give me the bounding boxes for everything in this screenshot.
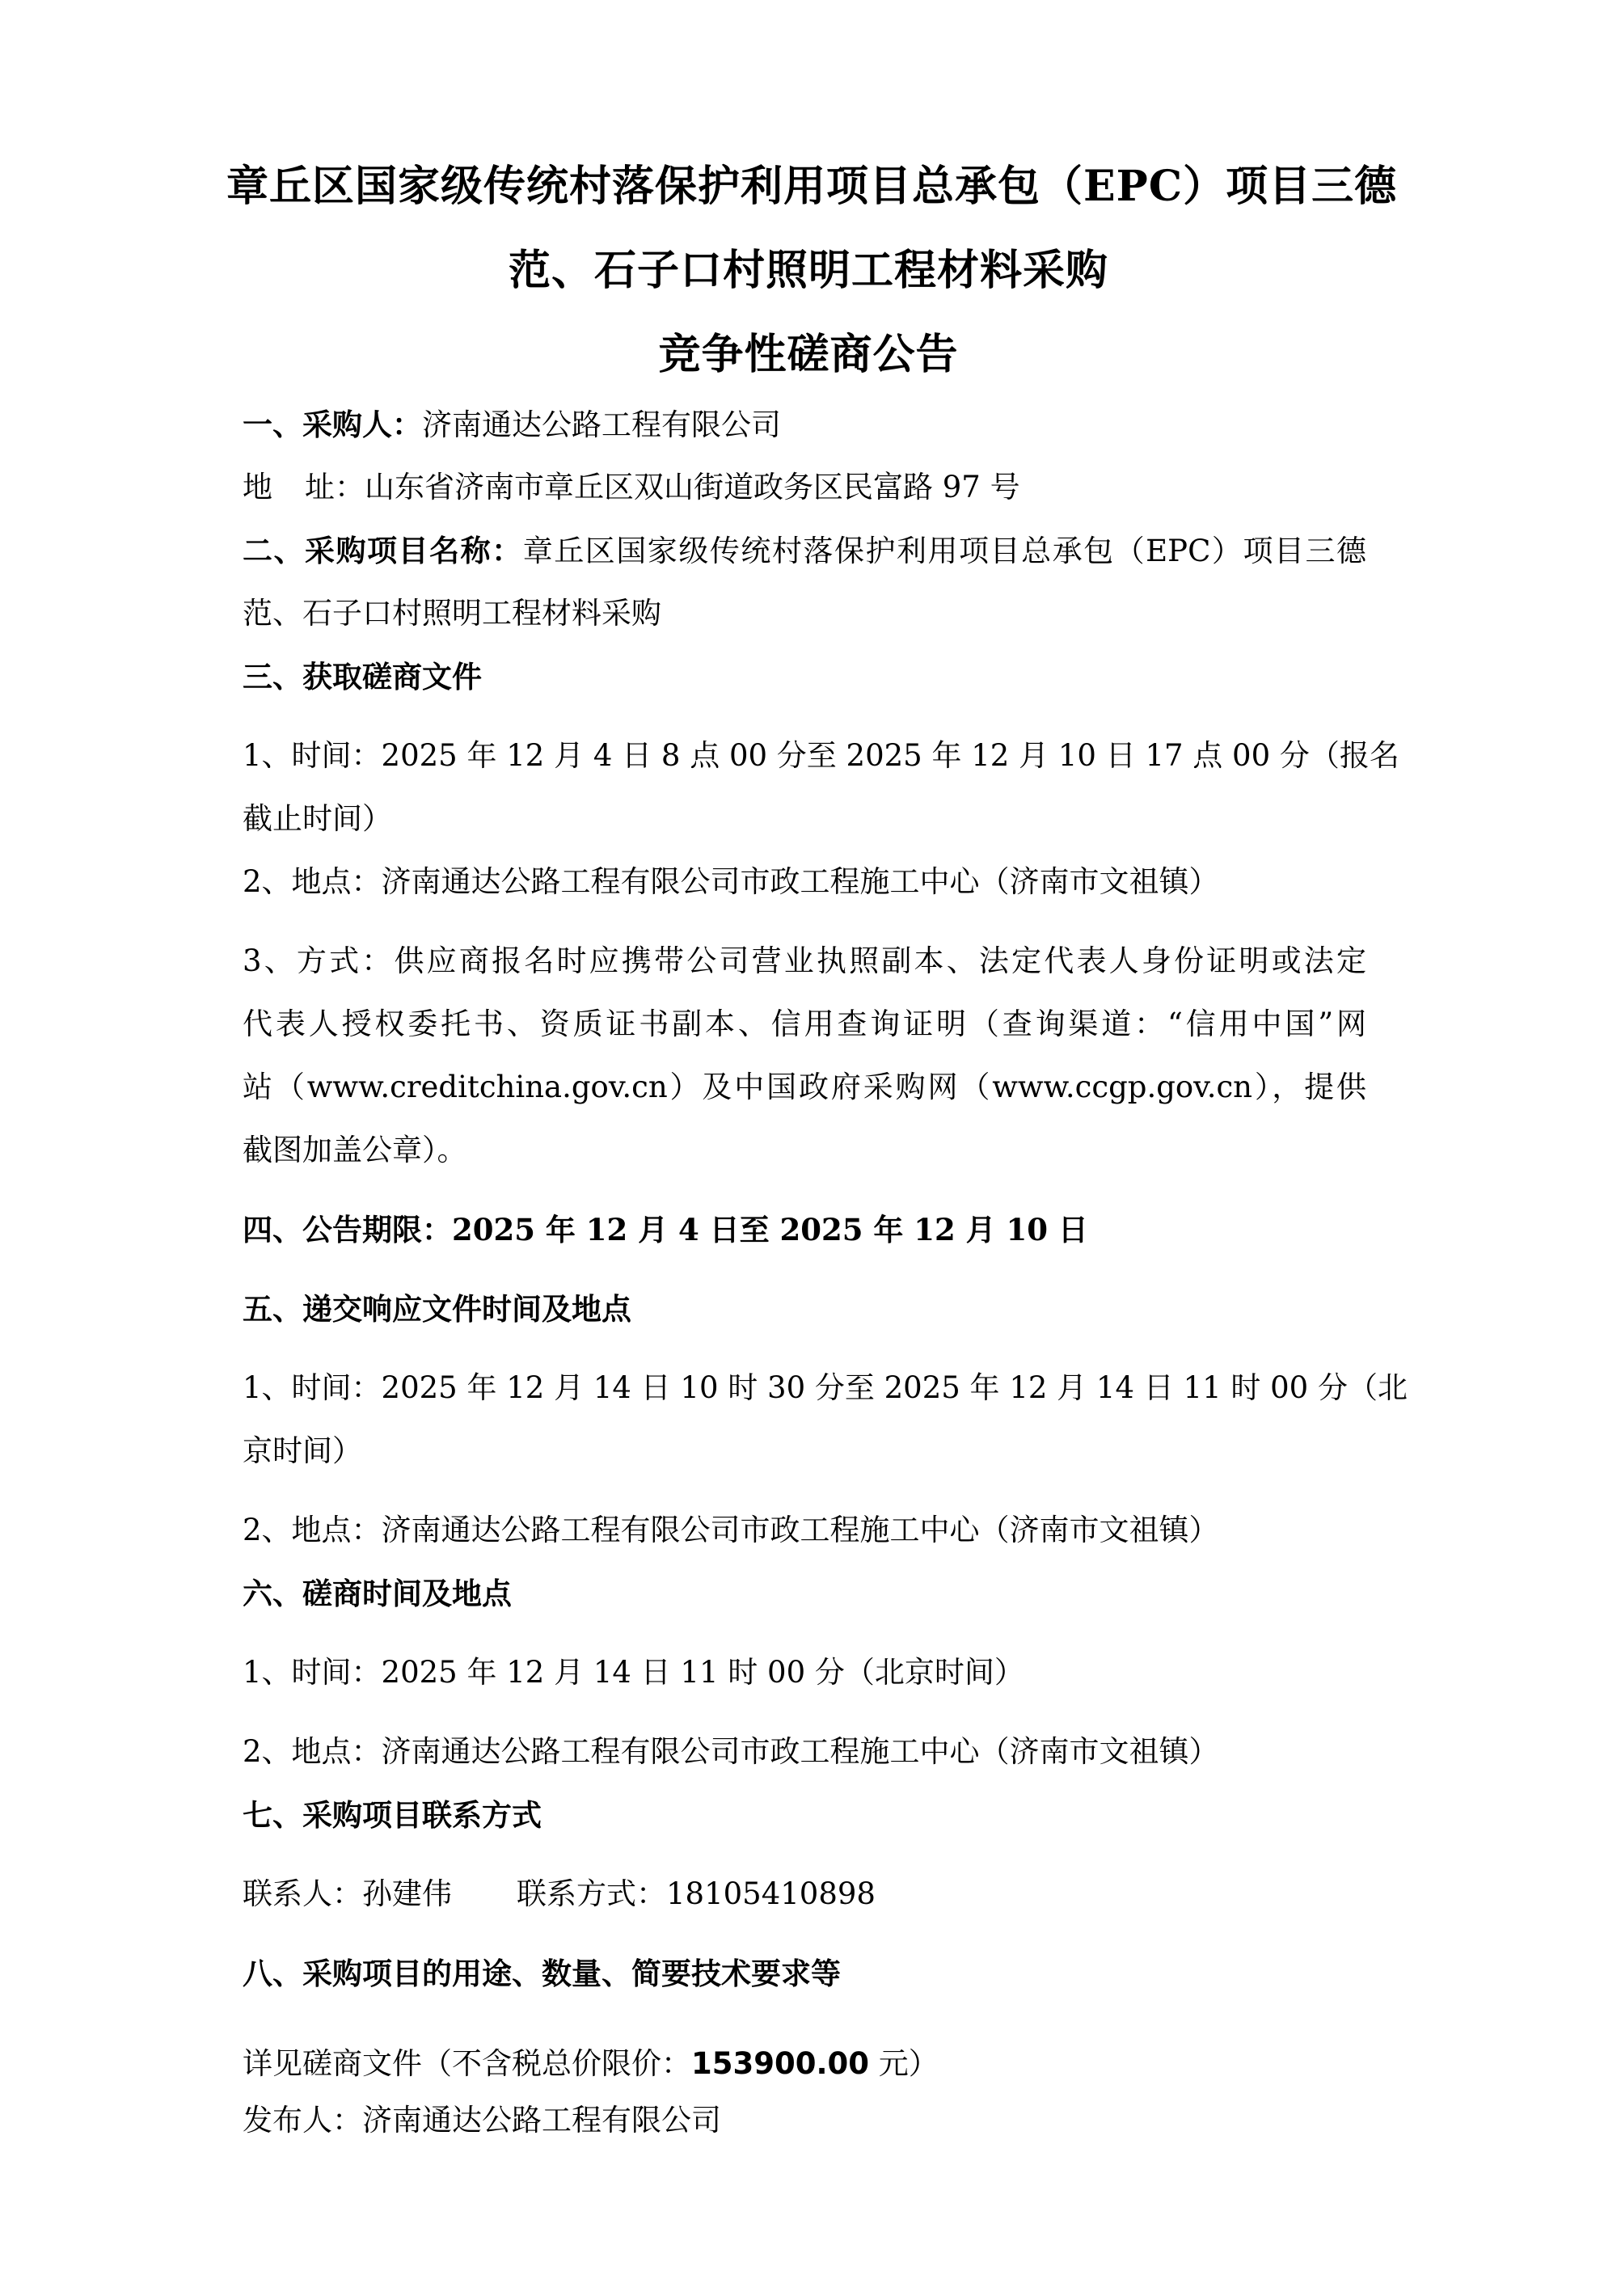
phone-label: 联系方式： bbox=[517, 1876, 666, 1911]
details-suffix: 元） bbox=[869, 2046, 939, 2081]
document-page: 章丘区国家级传统村落保护利用项目总承包（EPC）项目三德 范、石子口村照明工程材… bbox=[0, 0, 1604, 2296]
negotiation-place: 2、地点：济南通达公路工程有限公司市政工程施工中心（济南市文祖镇） bbox=[243, 1733, 1366, 1771]
contact-label: 联系人： bbox=[243, 1876, 362, 1911]
obtain-place: 2、地点：济南通达公路工程有限公司市政工程施工中心（济南市文祖镇） bbox=[243, 863, 1366, 901]
section-obtain-docs-heading: 三、获取磋商文件 bbox=[243, 658, 1366, 695]
title-line-3: 竞争性磋商公告 bbox=[226, 320, 1391, 381]
purchaser-label: 一、采购人： bbox=[243, 407, 422, 442]
address-label-a: 地 bbox=[243, 470, 272, 504]
contact-line: 联系人：孙建伟联系方式：18105410898 bbox=[243, 1876, 1366, 1913]
section-requirements-heading: 八、采购项目的用途、数量、简要技术要求等 bbox=[243, 1955, 1366, 1992]
section-contact-heading: 七、采购项目联系方式 bbox=[243, 1796, 1366, 1834]
project-name-value-1: 章丘区国家级传统村落保护利用项目总承包（EPC）项目三德 bbox=[523, 534, 1366, 568]
section-project-name: 二、采购项目名称：章丘区国家级传统村落保护利用项目总承包（EPC）项目三德 bbox=[243, 532, 1366, 570]
publisher-label: 发布人： bbox=[243, 2103, 362, 2138]
obtain-method-line-4: 截图加盖公章）。 bbox=[243, 1132, 1366, 1169]
section-negotiation-heading: 六、磋商时间及地点 bbox=[243, 1575, 1366, 1612]
publisher-line: 发布人：济南通达公路工程有限公司 bbox=[243, 2102, 1366, 2139]
section-notice-period: 四、公告期限：2025 年 12 月 4 日至 2025 年 12 月 10 日 bbox=[243, 1211, 1366, 1248]
obtain-time-line-1: 1、时间：2025 年 12 月 4 日 8 点 00 分至 2025 年 12… bbox=[243, 737, 1366, 774]
purchaser-value: 济南通达公路工程有限公司 bbox=[422, 407, 781, 442]
publisher-name: 济南通达公路工程有限公司 bbox=[362, 2103, 721, 2138]
project-name-value-2: 范、石子口村照明工程材料采购 bbox=[243, 595, 1366, 632]
obtain-time-line-2: 截止时间） bbox=[243, 800, 1366, 838]
title-line-1: 章丘区国家级传统村落保护利用项目总承包（EPC）项目三德 bbox=[226, 152, 1391, 213]
address-value: 山东省济南市章丘区双山街道政务区民富路 97 号 bbox=[365, 470, 1020, 504]
section-purchaser: 一、采购人：济南通达公路工程有限公司 bbox=[243, 406, 1366, 444]
submission-place: 2、地点：济南通达公路工程有限公司市政工程施工中心（济南市文祖镇） bbox=[243, 1512, 1366, 1549]
phone-number: 18105410898 bbox=[666, 1876, 876, 1911]
submission-time-line-2: 京时间） bbox=[243, 1433, 1366, 1470]
title-line-2: 范、石子口村照明工程材料采购 bbox=[226, 236, 1391, 297]
address-line: 地址：山东省济南市章丘区双山街道政务区民富路 97 号 bbox=[243, 469, 1366, 506]
obtain-method-line-2: 代表人授权委托书、资质证书副本、信用查询证明（查询渠道：“信用中国”网 bbox=[243, 1006, 1366, 1043]
notice-period-value: 2025 年 12 月 4 日至 2025 年 12 月 10 日 bbox=[452, 1212, 1088, 1247]
address-label-b: 址： bbox=[305, 470, 365, 504]
contact-name: 孙建伟 bbox=[362, 1876, 452, 1911]
details-line: 详见磋商文件（不含税总价限价：153900.00 元） bbox=[243, 2045, 1366, 2083]
negotiation-time: 1、时间：2025 年 12 月 14 日 11 时 00 分（北京时间） bbox=[243, 1654, 1366, 1691]
obtain-method-line-1: 3、方式：供应商报名时应携带公司营业执照副本、法定代表人身份证明或法定 bbox=[243, 943, 1366, 980]
details-prefix: 详见磋商文件（不含税总价限价： bbox=[243, 2046, 691, 2081]
notice-period-label: 四、公告期限： bbox=[243, 1212, 452, 1247]
section-submission-heading: 五、递交响应文件时间及地点 bbox=[243, 1290, 1366, 1327]
submission-time-line-1: 1、时间：2025 年 12 月 14 日 10 时 30 分至 2025 年 … bbox=[243, 1370, 1366, 1407]
price-limit: 153900.00 bbox=[691, 2046, 869, 2081]
obtain-method-line-3: 站（www.creditchina.gov.cn）及中国政府采购网（www.cc… bbox=[243, 1069, 1366, 1106]
project-name-label: 二、采购项目名称： bbox=[243, 533, 523, 568]
